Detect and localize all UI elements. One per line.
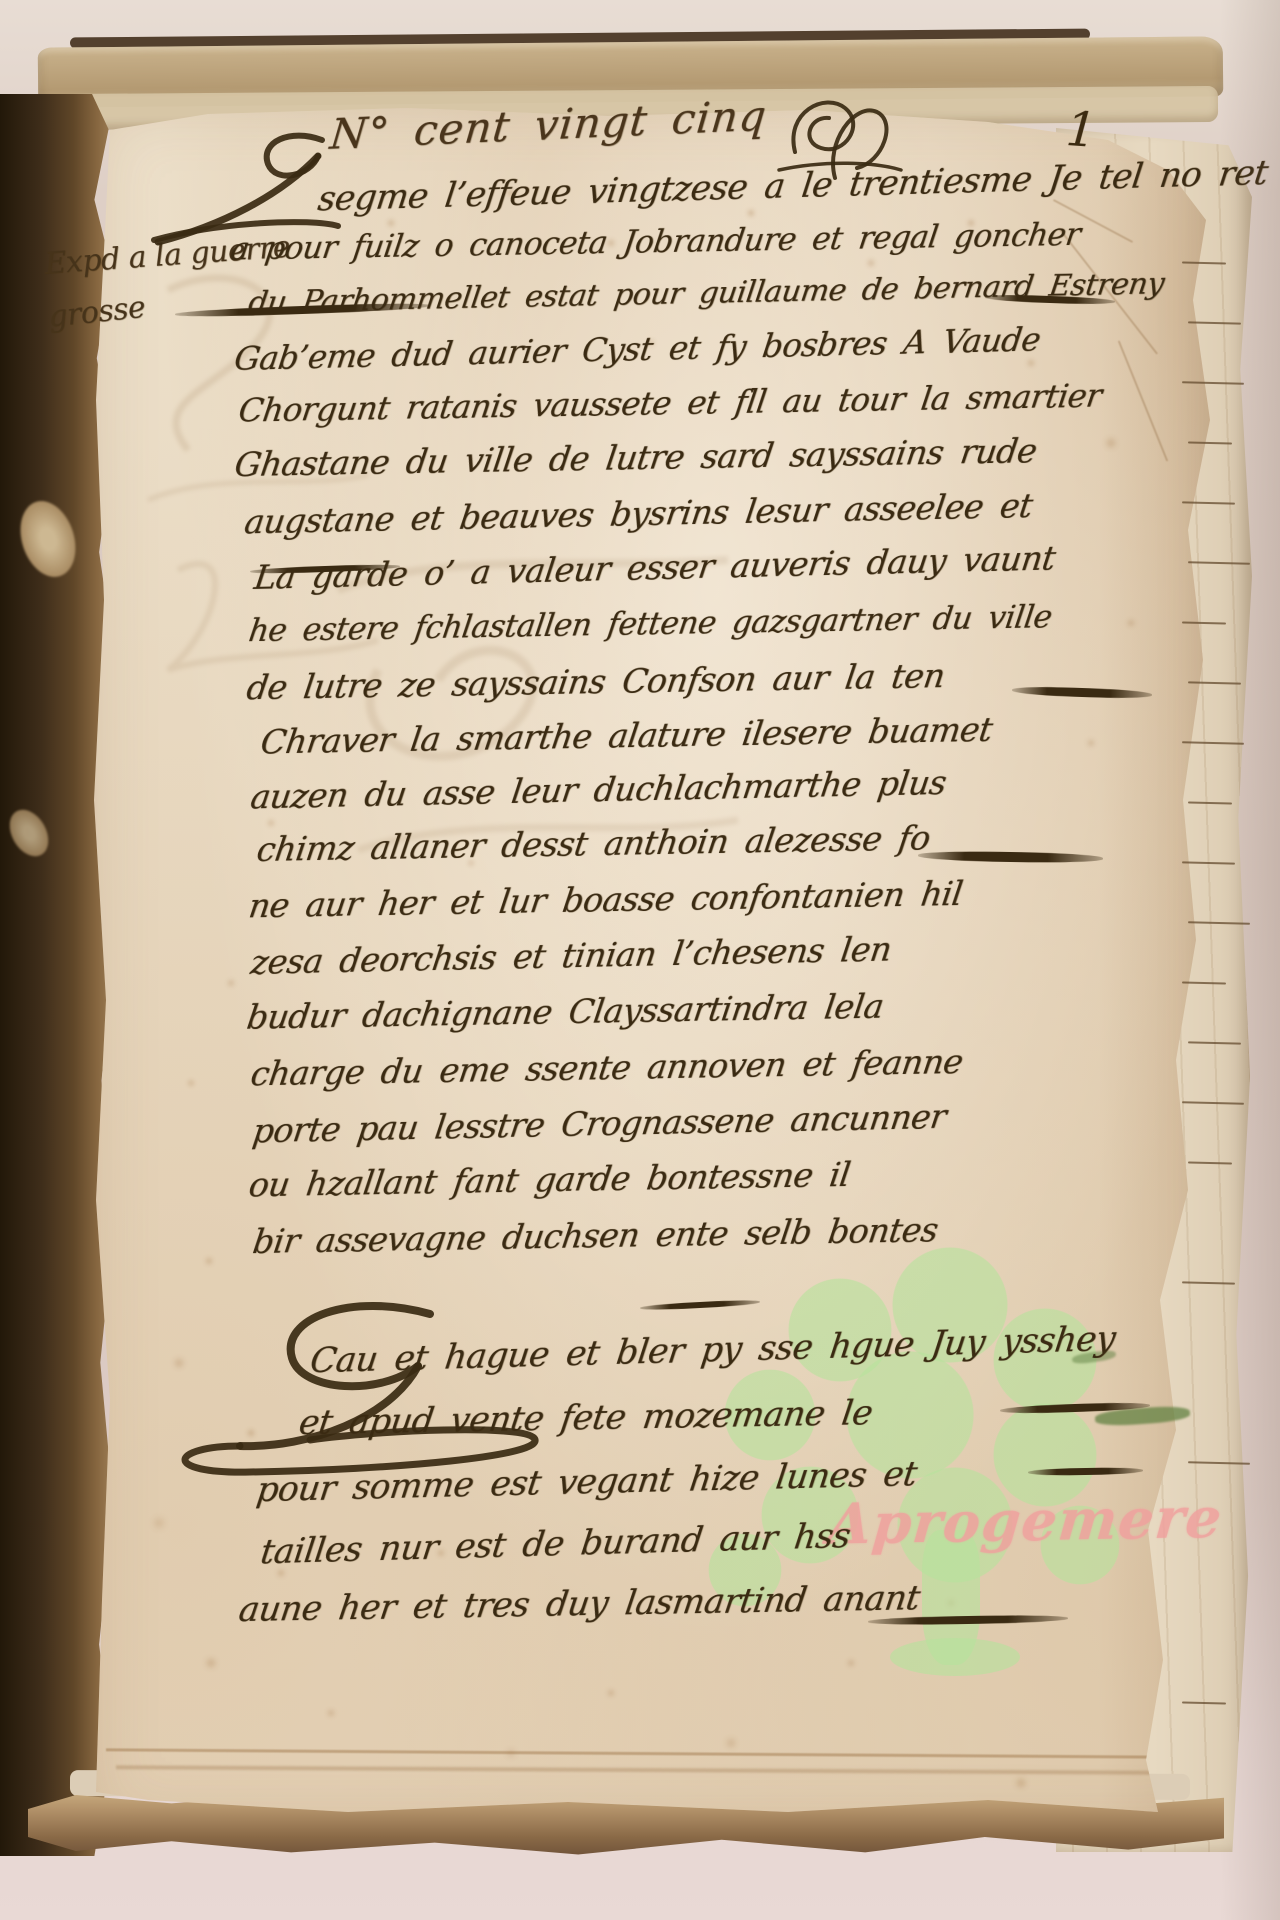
watermark-text: Aprogemere <box>825 1485 1225 1558</box>
photo-backdrop: Aprogemere N° cent vingt cinq 1 Expd a l… <box>0 0 1280 1920</box>
bottom-fold-stain <box>106 1748 1166 1758</box>
bottom-fold-stain <box>116 1765 1156 1774</box>
ink-bleedthrough-ghost <box>298 530 768 950</box>
watermark-tree-canopy <box>650 1230 1210 1670</box>
watermark-tree-roots <box>890 1638 1020 1676</box>
manuscript-page <box>88 100 1228 1835</box>
